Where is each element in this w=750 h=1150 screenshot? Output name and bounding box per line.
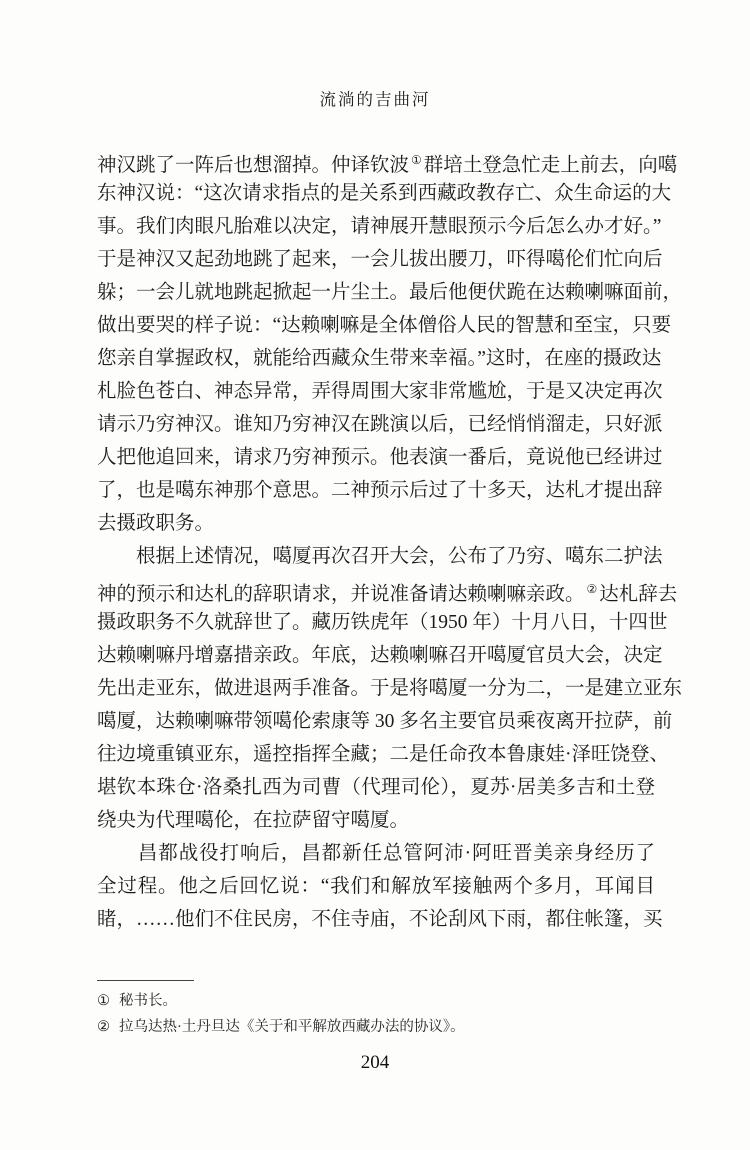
- text-segment: 躲；一会儿就地跳起掀起一片尘土。最后他便伏跪在达赖喇嘛面前，: [97, 282, 682, 303]
- footnote-marker: ①: [97, 993, 110, 1009]
- text-segment: 神汉跳了一阵后也想溜掉。仲译钦波: [97, 155, 409, 176]
- body-text: 神汉跳了一阵后也想溜掉。仲译钦波①群培土登急忙走上前去，向噶东神汉说：“这次请求…: [97, 144, 655, 936]
- text-segment: 事。我们肉眼凡胎难以决定，请神展开慧眼预示今后怎么办才好。”: [97, 216, 661, 237]
- text-line: 堪钦本珠仓·洛桑扎西为司曹（代理司伦），夏苏·居美多吉和土登: [97, 771, 655, 804]
- footnote-separator: [97, 980, 194, 981]
- running-header: 流淌的吉曲河: [0, 86, 750, 110]
- footnote-text: 秘书长。: [119, 993, 177, 1009]
- text-line: 全过程。他之后回忆说：“我们和解放军接触两个多月，耳闻目: [97, 870, 655, 903]
- text-line: 于是神汉又起劲地跳了起来，一会儿拔出腰刀，吓得噶伦们忙向后: [97, 243, 655, 276]
- text-line: 先出走亚东，做进退两手准备。于是将噶厦一分为二，一是建立亚东: [97, 672, 655, 705]
- text-line: 神的预示和达札的辞职请求，并说准备请达赖喇嘛亲政。②达札辞去: [97, 573, 655, 606]
- text-line: 您亲自掌握政权，就能给西藏众生带来幸福。”这时，在座的摄政达: [97, 342, 655, 375]
- text-segment: 您亲自掌握政权，就能给西藏众生带来幸福。”这时，在座的摄政达: [97, 348, 661, 369]
- text-segment: 堪钦本珠仓·洛桑扎西为司曹（代理司伦），夏苏·居美多吉和土登: [97, 777, 655, 798]
- text-segment: 群培土登急忙走上前去，向噶: [424, 155, 678, 176]
- text-line: 噶厦，达赖喇嘛带领噶伦索康等 30 多名主要官员乘夜离开拉萨，前: [97, 705, 655, 738]
- text-segment: 噶厦，达赖喇嘛带领噶伦索康等 30 多名主要官员乘夜离开拉萨，前: [97, 711, 672, 732]
- text-line: 事。我们肉眼凡胎难以决定，请神展开慧眼预示今后怎么办才好。”: [97, 210, 655, 243]
- book-page: 流淌的吉曲河 神汉跳了一阵后也想溜掉。仲译钦波①群培土登急忙走上前去，向噶东神汉…: [0, 0, 750, 1150]
- text-segment: 绕央为代理噶伦，在拉萨留守噶厦。: [97, 810, 409, 831]
- text-line: 做出要哭的样子说：“达赖喇嘛是全体僧俗人民的智慧和至宝，只要: [97, 309, 655, 342]
- text-segment: 先出走亚东，做进退两手准备。于是将噶厦一分为二，一是建立亚东: [97, 678, 682, 699]
- text-line: 札脸色苍白、神态异常，弄得周围大家非常尴尬，于是又决定再次: [97, 375, 655, 408]
- text-line: 了，也是噶东神那个意思。二神预示后过了十多天，达札才提出辞: [97, 474, 655, 507]
- footnote: ②拉乌达热·土丹旦达《关于和平解放西藏办法的协议》。: [97, 1014, 655, 1040]
- footnote-marker: ②: [97, 1019, 110, 1035]
- text-line: 睹，……他们不住民房，不住寺庙，不论刮风下雨，都住帐篷，买: [97, 903, 655, 936]
- text-line: 根据上述情况，噶厦再次召开大会，公布了乃穷、噶东二护法: [97, 540, 655, 573]
- text-line: 绕央为代理噶伦，在拉萨留守噶厦。: [97, 804, 655, 837]
- text-line: 达赖喇嘛丹增嘉措亲政。年底，达赖喇嘛召开噶厦官员大会，决定: [97, 639, 655, 672]
- text-line: 去摄政职务。: [97, 507, 655, 540]
- text-segment: 札脸色苍白、神态异常，弄得周围大家非常尴尬，于是又决定再次: [97, 381, 663, 402]
- footnote-text: 拉乌达热·土丹旦达《关于和平解放西藏办法的协议》。: [119, 1019, 465, 1035]
- text-segment: 东神汉说：“这次请求指点的是关系到西藏政教存亡、众生命运的大: [97, 183, 671, 204]
- text-segment: 了，也是噶东神那个意思。二神预示后过了十多天，达札才提出辞: [97, 480, 663, 501]
- text-segment: 睹，……他们不住民房，不住寺庙，不论刮风下雨，都住帐篷，买: [97, 909, 663, 930]
- text-segment: 全过程。他之后回忆说：“我们和解放军接触两个多月，耳闻目: [97, 876, 655, 897]
- text-segment: 于是神汉又起劲地跳了起来，一会儿拔出腰刀，吓得噶伦们忙向后: [97, 249, 663, 270]
- text-segment: 往边境重镇亚东，遥控指挥全藏；二是任命孜本鲁康娃·泽旺饶登、: [97, 744, 669, 765]
- footnotes: ①秘书长。②拉乌达热·土丹旦达《关于和平解放西藏办法的协议》。: [97, 988, 655, 1040]
- text-segment: 根据上述情况，噶厦再次召开大会，公布了乃穷、噶东二护法: [97, 546, 663, 567]
- footnote-ref: ②: [585, 582, 600, 596]
- text-segment: 摄政职务不久就辞世了。藏历铁虎年（1950 年）十月八日，十四世: [97, 612, 667, 633]
- text-segment: 请示乃穷神汉。谁知乃穷神汉在跳演以后，已经悄悄溜走，只好派: [97, 414, 663, 435]
- text-segment: 达赖喇嘛丹增嘉措亲政。年底，达赖喇嘛召开噶厦官员大会，决定: [97, 645, 663, 666]
- text-line: 昌都战役打响后，昌都新任总管阿沛·阿旺晋美亲身经历了: [97, 837, 655, 870]
- text-line: 东神汉说：“这次请求指点的是关系到西藏政教存亡、众生命运的大: [97, 177, 655, 210]
- text-segment: 达札辞去: [599, 584, 677, 605]
- text-segment: 神的预示和达札的辞职请求，并说准备请达赖喇嘛亲政。: [97, 584, 585, 605]
- text-line: 请示乃穷神汉。谁知乃穷神汉在跳演以后，已经悄悄溜走，只好派: [97, 408, 655, 441]
- text-segment: 做出要哭的样子说：“达赖喇嘛是全体僧俗人民的智慧和至宝，只要: [97, 315, 671, 336]
- text-line: 神汉跳了一阵后也想溜掉。仲译钦波①群培土登急忙走上前去，向噶: [97, 144, 655, 177]
- text-segment: 昌都战役打响后，昌都新任总管阿沛·阿旺晋美亲身经历了: [97, 843, 655, 864]
- text-line: 人把他追回来，请求乃穷神预示。他表演一番后，竟说他已经讲过: [97, 441, 655, 474]
- footnote-ref: ①: [409, 153, 424, 167]
- text-line: 往边境重镇亚东，遥控指挥全藏；二是任命孜本鲁康娃·泽旺饶登、: [97, 738, 655, 771]
- text-segment: 人把他追回来，请求乃穷神预示。他表演一番后，竟说他已经讲过: [97, 447, 663, 468]
- footnote: ①秘书长。: [97, 988, 655, 1014]
- text-line: 摄政职务不久就辞世了。藏历铁虎年（1950 年）十月八日，十四世: [97, 606, 655, 639]
- page-number: 204: [0, 1052, 750, 1074]
- text-segment: 去摄政职务。: [97, 513, 214, 534]
- text-line: 躲；一会儿就地跳起掀起一片尘土。最后他便伏跪在达赖喇嘛面前，: [97, 276, 655, 309]
